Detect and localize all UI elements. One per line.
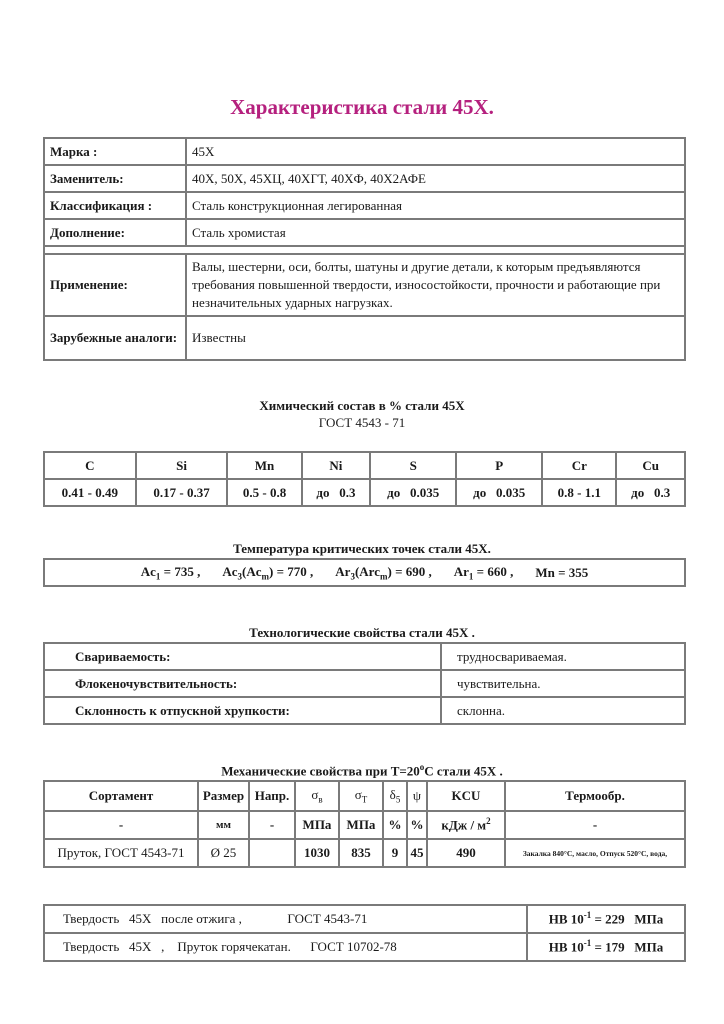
cell-psi: 45 [407,839,427,867]
element-value: 0.8 - 1.1 [542,479,616,506]
tech-table: Свариваемость: трудносвариваемая. Флокен… [43,642,686,725]
label-flake-sensitivity: Флокеночувствительность: [44,670,441,697]
unit-kcu: кДж / м2 [427,811,505,839]
table-row: Флокеночувствительность: чувствительна. [44,670,685,697]
hardness-table: Твердость 45X после отжига , ГОСТ 4543-7… [43,904,686,962]
value-foreign-analogs: Известны [186,316,685,360]
critical-ar3: Ar3(Arcm) = 690 , [335,564,431,582]
label-foreign-analogs: Зарубежные аналоги: [44,316,186,360]
value-addition: Сталь хромистая [186,219,685,246]
table-row: Твердость 45X , Пруток горячекатан. ГОСТ… [44,933,685,961]
unit-assortment: - [44,811,198,839]
chemical-table: CSiMnNiSPCrCu 0.41 - 0.490.17 - 0.370.5 … [43,451,686,507]
tech-title: Технологические свойства стали 45X . [0,625,724,641]
label-application: Применение: [44,254,186,316]
col-direction: Напр. [249,781,295,811]
mech-header-row: Сортамент Размер Напр. σв σT δ5 ψ KCU Те… [44,781,685,811]
value-flake-sensitivity: чувствительна. [441,670,685,697]
element-header: Ni [302,452,371,479]
table-row: Применение: Валы, шестерни, оси, болты, … [44,254,685,316]
hardness-value-hotrolled: HB 10-1 = 179 МПа [527,933,685,961]
table-row: Свариваемость: трудносвариваемая. [44,643,685,670]
element-header: S [370,452,456,479]
general-info-table: Марка : 45X Заменитель: 40X, 50X, 45XЦ, … [43,137,686,361]
col-psi: ψ [407,781,427,811]
value-temper-brittleness: склонна. [441,697,685,724]
chemical-header-row: CSiMnNiSPCrCu [44,452,685,479]
element-value: 0.41 - 0.49 [44,479,136,506]
unit-sigma-b: МПа [295,811,339,839]
cell-kcu: 490 [427,839,505,867]
col-heat-treatment: Термообр. [505,781,685,811]
label-substitute: Заменитель: [44,165,186,192]
unit-heat-treatment: - [505,811,685,839]
label-addition: Дополнение: [44,219,186,246]
element-header: Mn [227,452,301,479]
hardness-value-annealed: HB 10-1 = 229 МПа [527,905,685,933]
unit-delta5: % [383,811,407,839]
label-temper-brittleness: Склонность к отпускной хрупкости: [44,697,441,724]
unit-size: мм [198,811,249,839]
label-classification: Классификация : [44,192,186,219]
mech-title: Механические свойства при Т=20oС стали 4… [0,762,724,779]
unit-psi: % [407,811,427,839]
cell-direction [249,839,295,867]
cell-heat-treatment: Закалка 840°C, масло, Отпуск 520°C, вода… [505,839,685,867]
col-kcu: KCU [427,781,505,811]
critical-ac3: Ac3(Acm) = 770 , [222,564,313,582]
page-title: Характеристика стали 45X. [0,95,724,120]
cell-sigma-b: 1030 [295,839,339,867]
table-row: Склонность к отпускной хрупкости: склонн… [44,697,685,724]
element-value: до 0.035 [370,479,456,506]
chemical-title: Химический состав в % стали 45X [0,398,724,414]
element-value: 0.5 - 0.8 [227,479,301,506]
cell-assortment: Пруток, ГОСТ 4543-71 [44,839,198,867]
cell-delta5: 9 [383,839,407,867]
element-value: 0.17 - 0.37 [136,479,228,506]
mech-table: Сортамент Размер Напр. σв σT δ5 ψ KCU Те… [43,780,686,868]
element-header: Cu [616,452,685,479]
unit-direction: - [249,811,295,839]
hardness-desc-hotrolled: Твердость 45X , Пруток горячекатан. ГОСТ… [44,933,527,961]
element-header: Si [136,452,228,479]
element-header: Cr [542,452,616,479]
table-row: Классификация : Сталь конструкционная ле… [44,192,685,219]
value-grade: 45X [186,138,685,165]
chemical-values-row: 0.41 - 0.490.17 - 0.370.5 - 0.8до 0.3до … [44,479,685,506]
chemical-standard: ГОСТ 4543 - 71 [0,415,724,431]
critical-ar1: Ar1 = 660 , [454,564,514,582]
element-header: C [44,452,136,479]
table-row: Твердость 45X после отжига , ГОСТ 4543-7… [44,905,685,933]
col-size: Размер [198,781,249,811]
mech-units-row: - мм - МПа МПа % % кДж / м2 - [44,811,685,839]
label-grade: Марка : [44,138,186,165]
table-row: Заменитель: 40X, 50X, 45XЦ, 40XГТ, 40XФ,… [44,165,685,192]
spacer-row [44,246,685,254]
value-classification: Сталь конструкционная легированная [186,192,685,219]
critical-title: Температура критических точек стали 45X. [0,541,724,557]
critical-ac1: Ac1 = 735 , [141,564,201,582]
table-row: Пруток, ГОСТ 4543-71 Ø 25 1030 835 9 45 … [44,839,685,867]
value-substitute: 40X, 50X, 45XЦ, 40XГТ, 40XФ, 40X2АФЕ [186,165,685,192]
col-assortment: Сортамент [44,781,198,811]
hardness-desc-annealed: Твердость 45X после отжига , ГОСТ 4543-7… [44,905,527,933]
unit-sigma-t: МПа [339,811,383,839]
cell-size: Ø 25 [198,839,249,867]
value-weldability: трудносвариваемая. [441,643,685,670]
element-value: до 0.3 [616,479,685,506]
critical-mn: Mn = 355 [535,565,588,581]
element-header: P [456,452,542,479]
critical-points-box: Ac1 = 735 , Ac3(Acm) = 770 , Ar3(Arcm) =… [43,558,686,587]
table-row: Дополнение: Сталь хромистая [44,219,685,246]
label-weldability: Свариваемость: [44,643,441,670]
col-delta5: δ5 [383,781,407,811]
element-value: до 0.035 [456,479,542,506]
cell-sigma-t: 835 [339,839,383,867]
table-row: Зарубежные аналоги: Известны [44,316,685,360]
col-sigma-t: σT [339,781,383,811]
table-row: Марка : 45X [44,138,685,165]
element-value: до 0.3 [302,479,371,506]
value-application: Валы, шестерни, оси, болты, шатуны и дру… [186,254,685,316]
col-sigma-b: σв [295,781,339,811]
